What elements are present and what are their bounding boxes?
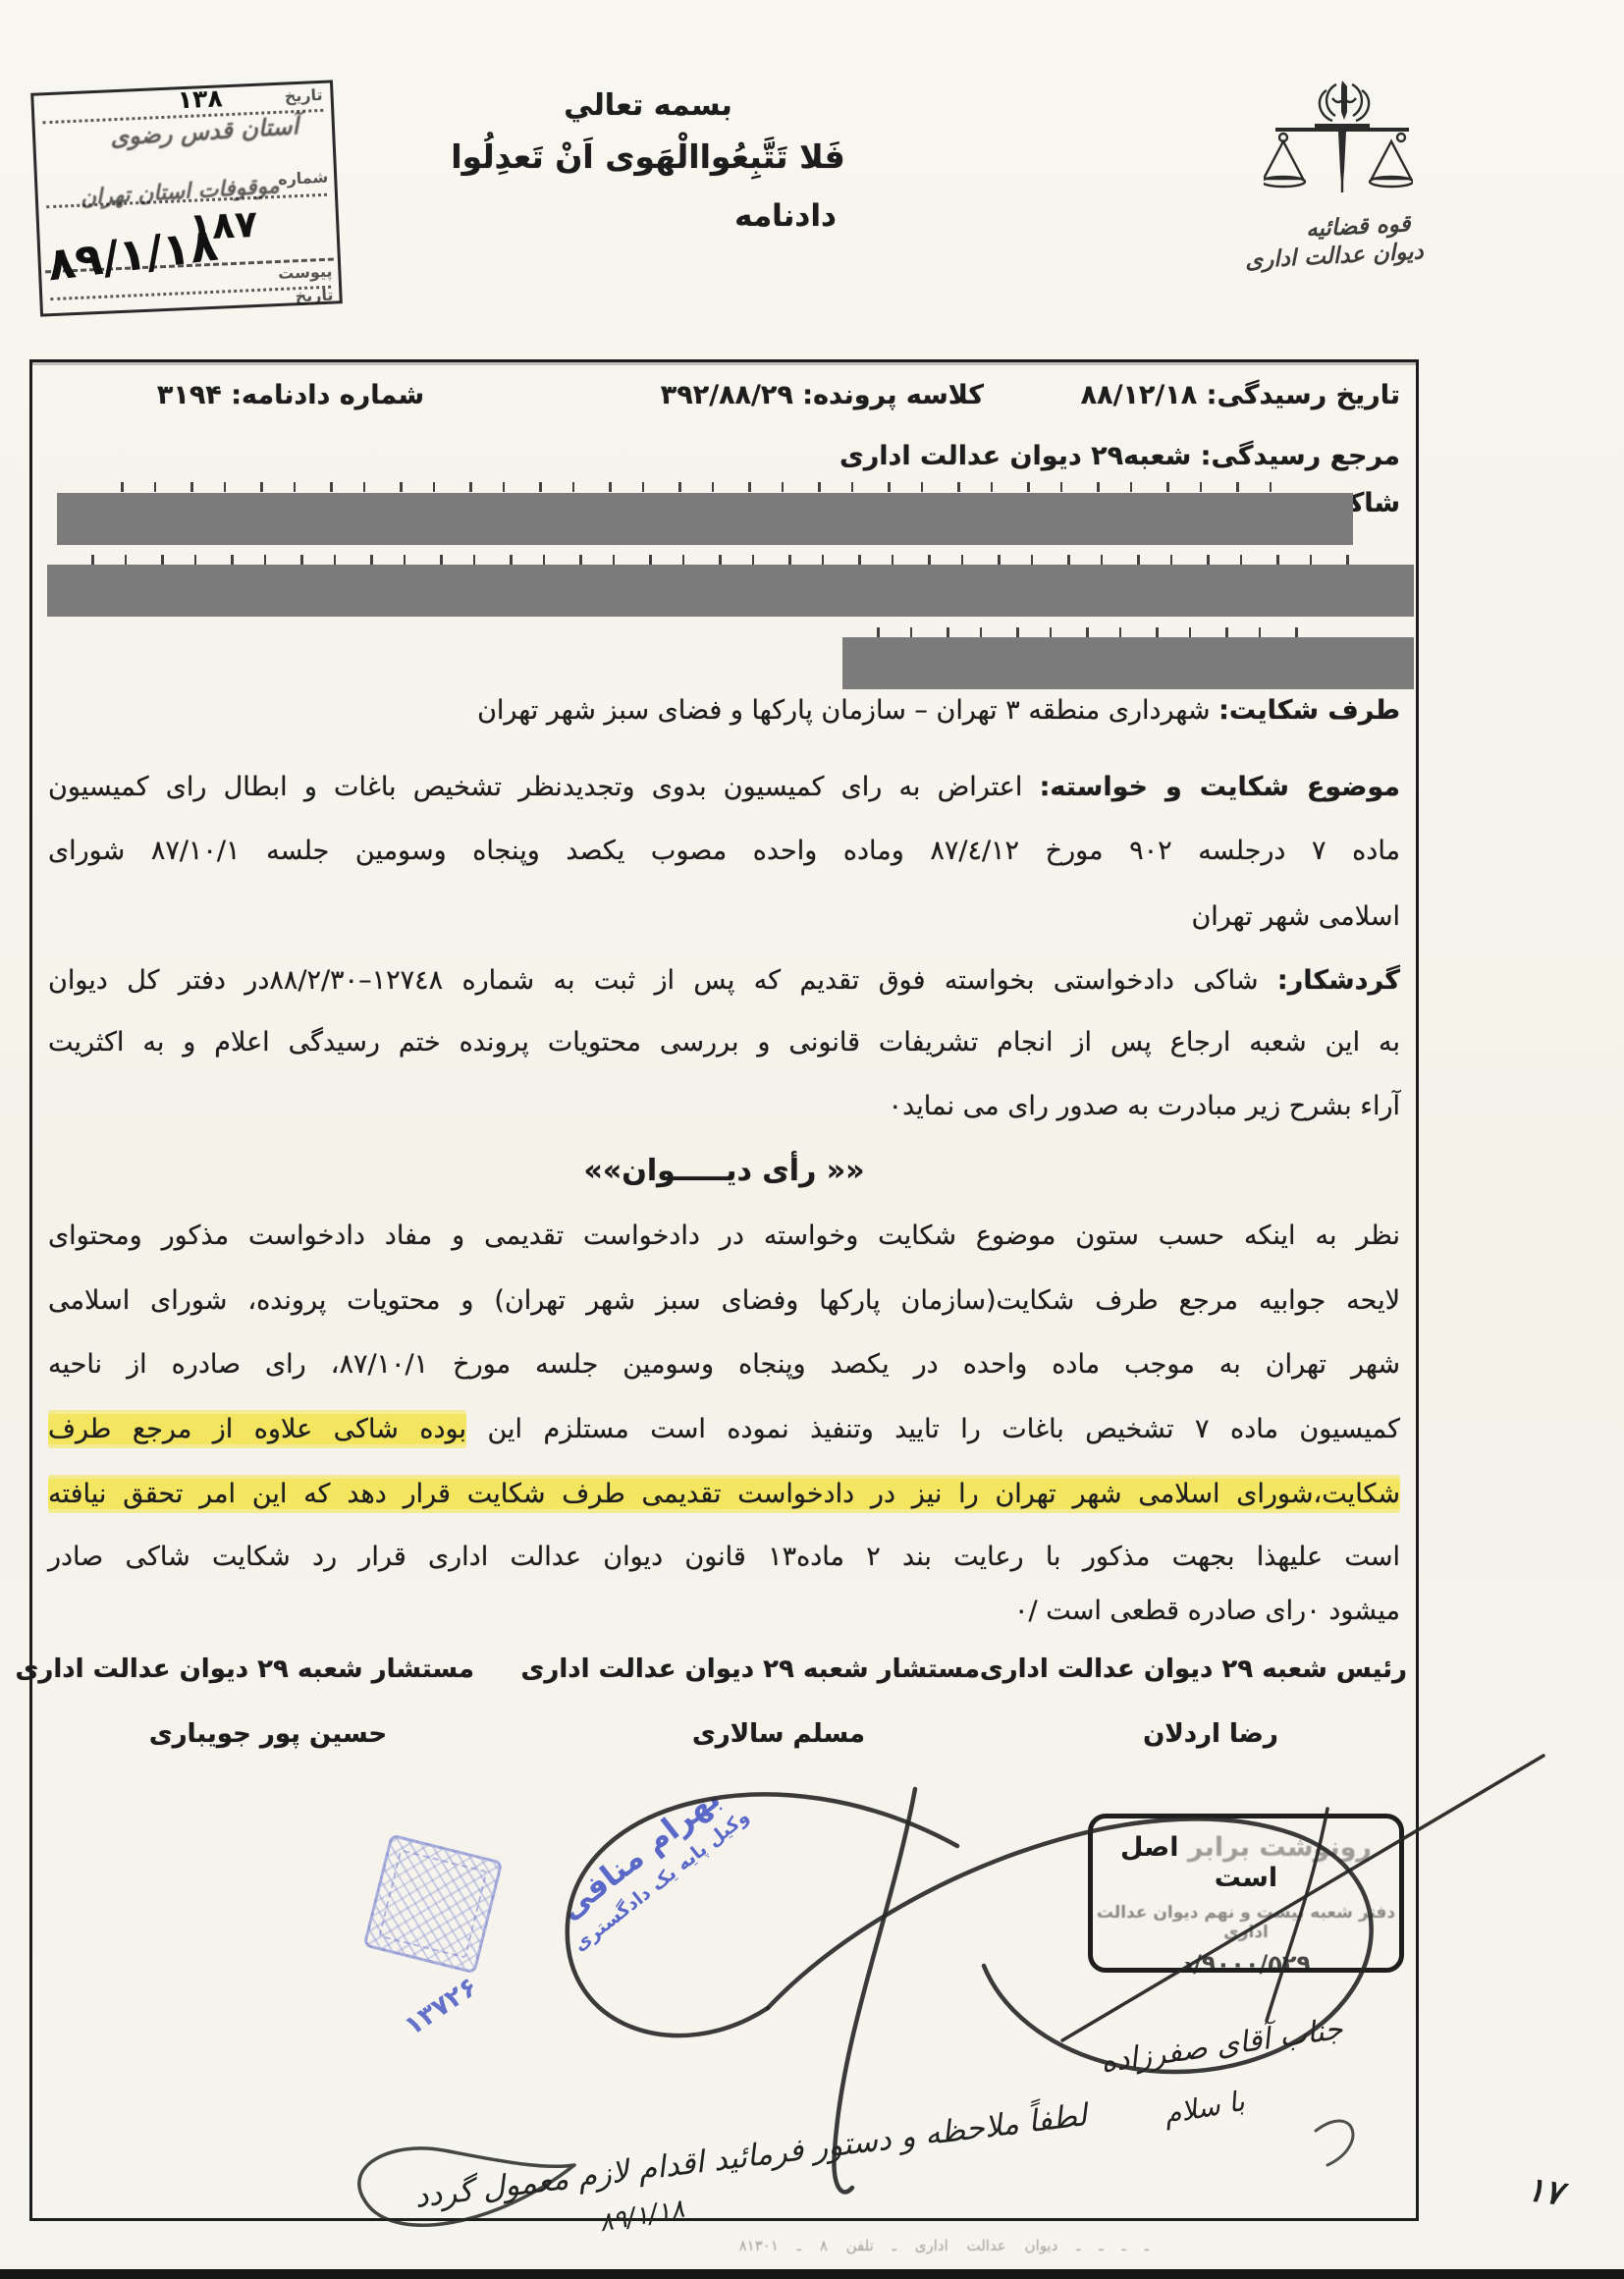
cert-stamp-line2: دفتر شعبه بیست و نهم دیوان عدالت اداری	[1093, 1903, 1399, 1942]
redaction-peek-marks	[121, 482, 1298, 492]
judge-title-counselor-1: مستشار شعبه ۲۹ دیوان عدالت اداری	[577, 1655, 980, 1684]
verdict-number-value: ۳۱۹۴	[157, 380, 231, 410]
defendant-line: طرف شکایت: شهرداری منطقه ۳ تهران – سازما…	[477, 695, 1400, 726]
receipt-date-label: تاریخ	[284, 85, 323, 106]
review-date-label: تاریخ رسیدگی:	[1207, 380, 1400, 410]
judge-title-president: رئیس شعبه ۲۹ دیوان عدالت اداری	[1014, 1655, 1407, 1684]
cert-stamp-line1: رونوشت برابر اصل است	[1093, 1832, 1399, 1893]
subject-label: موضوع شکایت و خواسته:	[1040, 772, 1400, 802]
certified-copy-stamp: رونوشت برابر اصل است دفتر شعبه بیست و نه…	[1088, 1814, 1404, 1973]
authority-field: مرجع رسیدگی: شعبه۲۹ دیوان عدالت اداری	[839, 441, 1400, 471]
review-date-value: ۸۸/۱۲/۱۸	[1081, 380, 1207, 410]
redaction-peek-marks	[91, 555, 1357, 565]
judge-title-counselor-2: مستشار شعبه ۲۹ دیوان عدالت اداری	[62, 1655, 474, 1684]
judge-name-counselor-2: حسین پور جویباری	[62, 1719, 474, 1749]
verdict-line-5: شکایت،شورای اسلامی شهر تهران را نیز در د…	[48, 1479, 1400, 1509]
verdict-line-1: نظر به اینکه حسب ستون موضوع شکایت وخواست…	[48, 1221, 1400, 1251]
process-line-1: گردشکار: شاکی دادخواستی بخواسته فوق تقدی…	[48, 965, 1400, 996]
verdict-line-2: لایحه جوابیه مرجع طرف شکایت(سازمان پارکه…	[48, 1285, 1400, 1316]
redaction-peek-marks	[877, 627, 1327, 637]
highlighted-text: شکایت،شورای اسلامی شهر تهران را نیز در د…	[48, 1479, 1400, 1509]
case-class-value: ۳۹۲/۸۸/۲۹	[661, 380, 803, 410]
process-line-3: آراء بشرح زیر مبادرت به صدور رای می نمای…	[889, 1091, 1400, 1121]
scanned-court-judgment: تاریخ ۱۳۸ آستان قدس رضوی شماره موقوفات ا…	[0, 0, 1624, 2279]
document-type-title: دادنامه	[687, 198, 884, 234]
verdict-heading: «« رأی دیـــــوان»»	[32, 1154, 1416, 1188]
authority-value: شعبه۲۹ دیوان عدالت اداری	[839, 441, 1201, 471]
receipt-number-label: شماره	[278, 168, 329, 189]
authority-label: مرجع رسیدگی:	[1201, 441, 1400, 471]
redaction-bar	[842, 637, 1414, 689]
process-label: گردشکار:	[1277, 965, 1400, 996]
besmele-heading: بسمه تعالي	[511, 88, 785, 123]
subject-line-2: ماده ۷ درجلسه ۹۰۲ مورخ ۸۷/٤/۱۲ وماده واح…	[48, 836, 1400, 866]
handwritten-page-mark: ۱۷	[1524, 2170, 1565, 2214]
judiciary-scales-emblem	[1264, 65, 1413, 214]
case-class-label: کلاسه پرونده:	[802, 380, 984, 410]
redaction-bar	[47, 565, 1414, 617]
scan-edge-strip	[0, 2269, 1624, 2279]
defendant-value: شهرداری منطقه ۳ تهران – سازمان پارکها و …	[477, 695, 1218, 726]
verdict-line-3: شهر تهران به موجب ماده واحده در یکصد وپن…	[48, 1349, 1400, 1380]
verdict-line-4: کمیسیون ماده ۷ تشخیص باغات را تایید وتنف…	[48, 1414, 1400, 1444]
process-line-2: به این شعبه ارجاع پس از انجام تشریفات قا…	[48, 1027, 1400, 1058]
judge-name-counselor-1: مسلم سالاری	[577, 1719, 980, 1749]
judge-name-president: رضا اردلان	[1014, 1719, 1407, 1749]
verdict-line-7: میشود ۰رای صادره قطعی است /۰	[1014, 1596, 1400, 1626]
redaction-bar	[57, 493, 1353, 545]
case-class-field: کلاسه پرونده: ۳۹۲/۸۸/۲۹	[661, 380, 984, 410]
footer-address-line: ـ ـ ـ ـ دیوان عدالت اداری ـ تلفن ۸ ـ ۸۱۳…	[363, 2237, 1149, 2254]
document-body-frame: تاریخ رسیدگی: ۸۸/۱۲/۱۸ کلاسه پرونده: ۳۹۲…	[29, 359, 1419, 2221]
emblem-caption-court: دیوان عدالت اداری	[1244, 239, 1424, 273]
defendant-label: طرف شکایت:	[1218, 695, 1400, 726]
verdict-number-label: شماره دادنامه:	[231, 380, 424, 410]
subject-line-1: موضوع شکایت و خواسته: اعتراض به رای کمیس…	[48, 772, 1400, 802]
receipt-top-number: ۱۳۸	[177, 83, 223, 114]
dotted-rule	[50, 286, 331, 300]
subject-line-3: اسلامی شهر تهران	[1191, 901, 1400, 932]
verdict-number-field: شماره دادنامه: ۳۱۹۴	[157, 380, 424, 410]
receipt-attachment-label: پیوست	[278, 262, 333, 283]
highlighted-text: بوده شاکی علاوه از مرجع طرف	[48, 1414, 466, 1444]
review-date-field: تاریخ رسیدگی: ۸۸/۱۲/۱۸	[1081, 380, 1400, 410]
quran-verse: فَلا تَتَّبِعُواالْهَوی اَنْ تَعدِلُوا	[393, 137, 903, 176]
cert-stamp-number: ۹۰۰۰/۵۲۹/د	[1093, 1950, 1399, 1978]
emblem-caption-judiciary: قوه قضائیه	[1305, 211, 1411, 243]
verdict-line-6: است علیهذا بجهت مذکور با رعایت بند ۲ ماد…	[48, 1542, 1400, 1572]
receipt-date-label-bottom: تاریخ	[295, 286, 334, 306]
